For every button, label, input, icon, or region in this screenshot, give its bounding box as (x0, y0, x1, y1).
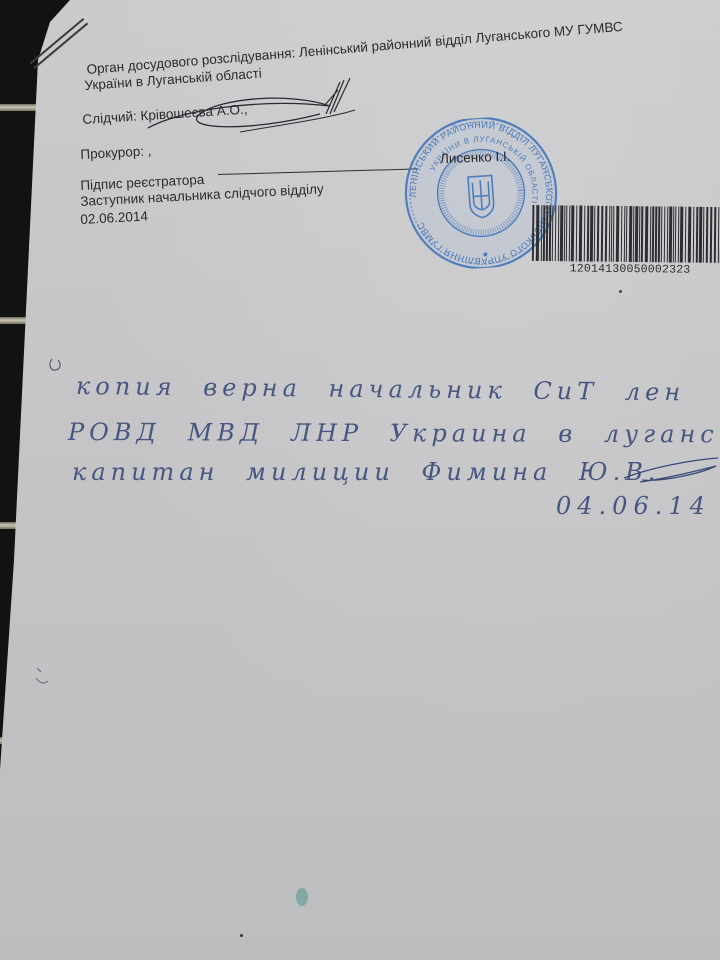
handwritten-signature (620, 448, 720, 488)
photo-scene: Орган досудового розслідування: Ленінськ… (0, 0, 720, 960)
pen-mark (32, 664, 52, 688)
barcode-number: 12014130050002323 (570, 262, 720, 277)
svg-text:★: ★ (481, 250, 489, 259)
handwritten-line-3: капитан милиции Фимина Ю.В. (72, 458, 660, 486)
signer-name: Лисенко І.І. (440, 149, 511, 166)
pen-mark (46, 356, 66, 376)
handwritten-line-2: РОВД МВД ЛНР Украина в луганской (68, 418, 720, 448)
dust-speck (619, 290, 622, 293)
barcode-block: 12014130050002323 (532, 205, 720, 277)
investigator-signature (140, 70, 360, 140)
document-date: 02.06.2014 (80, 208, 148, 228)
barcode (532, 205, 720, 263)
dust-speck (240, 934, 243, 937)
handwritten-date: 04.06.14 (556, 492, 711, 520)
ink-speck (296, 888, 308, 906)
